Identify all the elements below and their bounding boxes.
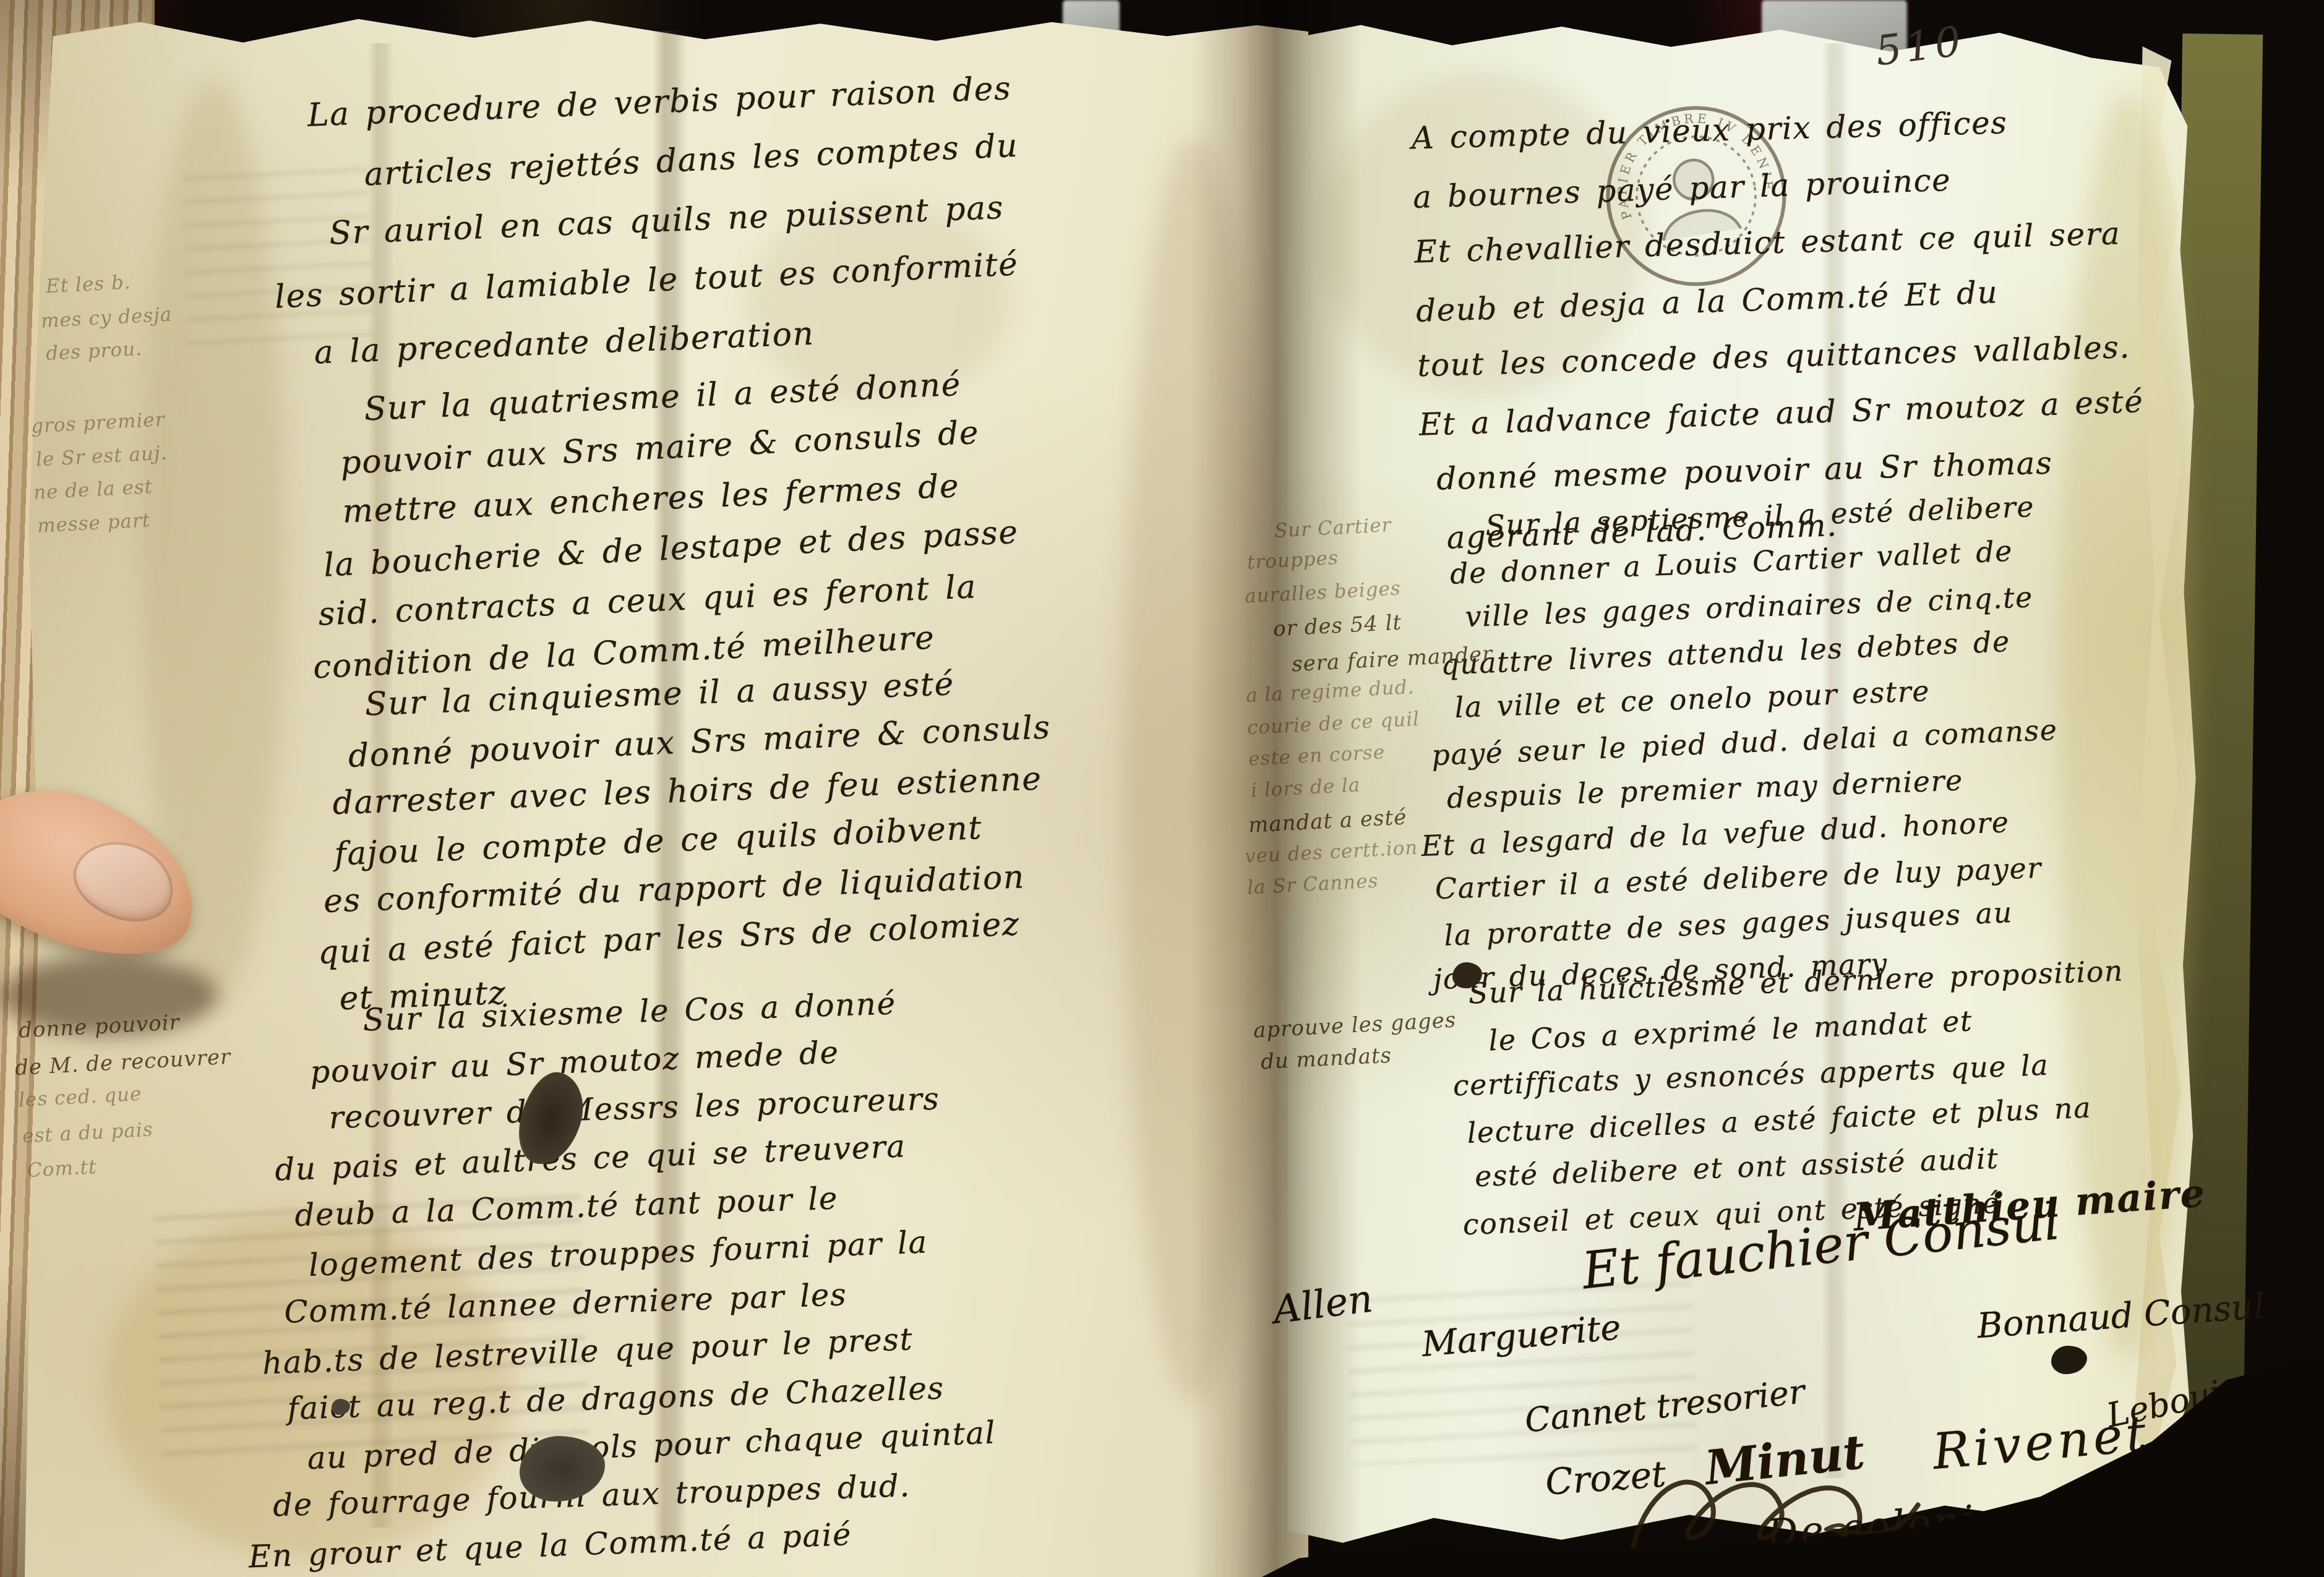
margin-note: Et les b.	[45, 271, 131, 297]
left-paragraph-quatriesme: Sur la quatriesme il a esté donnépouvoir…	[337, 357, 1024, 689]
manuscript-photo: La procedure de verbis pour raison desar…	[0, 0, 2324, 1577]
ink-bleedthrough	[1345, 1268, 1698, 1465]
finger-shadow	[0, 955, 217, 1036]
official-stamp: PAPIER TIMBRE IV DENIERS	[1590, 87, 1803, 305]
margin-note: Com.tt	[27, 1156, 97, 1182]
right-paragraph-septiesme: Sur la septiesme il a esté deliberede do…	[1409, 484, 2066, 1002]
left-paragraph-sixiesme: Sur la sixiesme le Cos a donnépouvoir au…	[231, 977, 1000, 1577]
left-paragraph-cinquiesme: Sur la cinquiesme il a aussy estédonné p…	[328, 657, 1060, 1024]
book-gutter-shadow	[1191, 0, 1361, 1577]
stamp-effigy-head	[1671, 157, 1716, 202]
stamp-effigy-bust	[1660, 205, 1741, 241]
left-paragraph-preamble: La procedure de verbis pour raison desar…	[267, 59, 1026, 384]
